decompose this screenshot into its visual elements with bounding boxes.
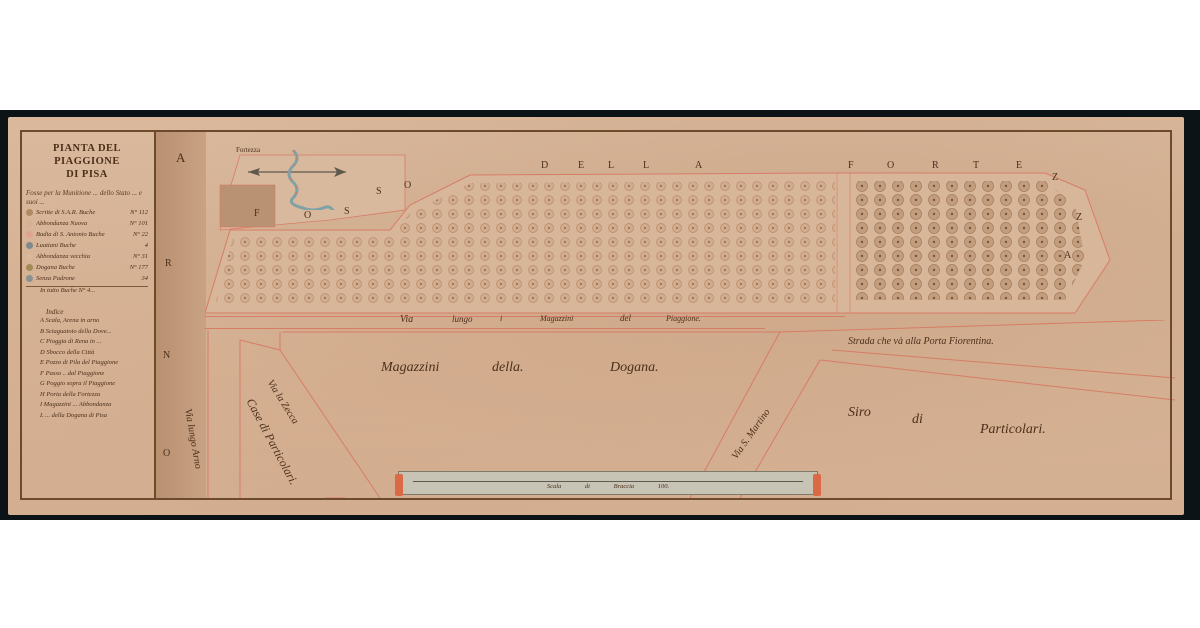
legend-swatch-icon [26, 242, 33, 249]
legend-value: N° 22 [133, 231, 148, 238]
index-item: G Poggio sopra il Piaggione [26, 379, 148, 390]
legend-item: Senza Padrone34 [26, 273, 148, 284]
legend-swatch-icon [26, 209, 33, 216]
index-item: A Scala, Arena in arno [26, 316, 148, 327]
legend-panel: PIANTA DEL PIAGGIONE DI PISA Fosse per l… [20, 130, 156, 500]
legend-value: N° 177 [130, 264, 148, 271]
legend-item: Luatiani Buche4 [26, 240, 148, 251]
legend-swatch-icon [26, 231, 33, 238]
legend-subtitle: Fosse per la Munitione ... dello Stato .… [26, 189, 148, 207]
index-item: E Pozzo di Pila del Piaggione [26, 358, 148, 369]
legend-swatch-icon [26, 264, 33, 271]
legend-value: 34 [142, 275, 149, 282]
legend-label: Abbondanza Nuova [36, 220, 127, 227]
legend-item: Badia di S. Antonio BucheN° 22 [26, 229, 148, 240]
legend-label: Abbondanza vecchia [36, 253, 130, 260]
legend-item: Abbondanza vecchiaN° 31 [26, 251, 148, 262]
map-frame [20, 130, 1172, 500]
index-item: L ... della Dogana di Pisa [26, 411, 148, 422]
legend-item: Scritte di S.A.R. BucheN° 112 [26, 207, 148, 218]
legend-item: Dogana BucheN° 177 [26, 262, 148, 273]
legend-swatch-icon [26, 253, 33, 260]
legend-swatch-icon [26, 275, 33, 282]
legend-value: N° 101 [130, 220, 148, 227]
index-item: D Sbocco della Città [26, 348, 148, 359]
legend-total-label: In tutto Buche [40, 287, 77, 294]
title-line: DI PISA [26, 168, 148, 181]
map-title: PIANTA DEL PIAGGIONE DI PISA [26, 142, 148, 181]
legend-label: Dogana Buche [36, 264, 127, 271]
legend-label: Luatiani Buche [36, 242, 142, 249]
legend-label: Scritte di S.A.R. Buche [36, 209, 127, 216]
legend-swatch-icon [26, 220, 33, 227]
legend-label: Badia di S. Antonio Buche [36, 231, 130, 238]
title-line: PIANTA DEL PIAGGIONE [26, 142, 148, 168]
legend-value: 4 [145, 242, 148, 249]
legend-value: N° 112 [130, 209, 148, 216]
legend-value: N° 31 [133, 253, 148, 260]
index-title: Indice [26, 308, 148, 316]
legend-total-value: N° 4... [78, 287, 95, 294]
legend-label: Senza Padrone [36, 275, 139, 282]
index-item: I Magazzini ... Abbondanza [26, 400, 148, 411]
legend-item: Abbondanza NuovaN° 101 [26, 218, 148, 229]
index-item: B Sciaguatoio della Dove... [26, 327, 148, 338]
legend-total: In tutto Buche N° 4... [26, 286, 148, 294]
index-item: F Passo .. dal Piaggione [26, 369, 148, 380]
index-item: C Pioggia di Rena in ... [26, 337, 148, 348]
index-item: H Porta della Fortezza [26, 390, 148, 401]
